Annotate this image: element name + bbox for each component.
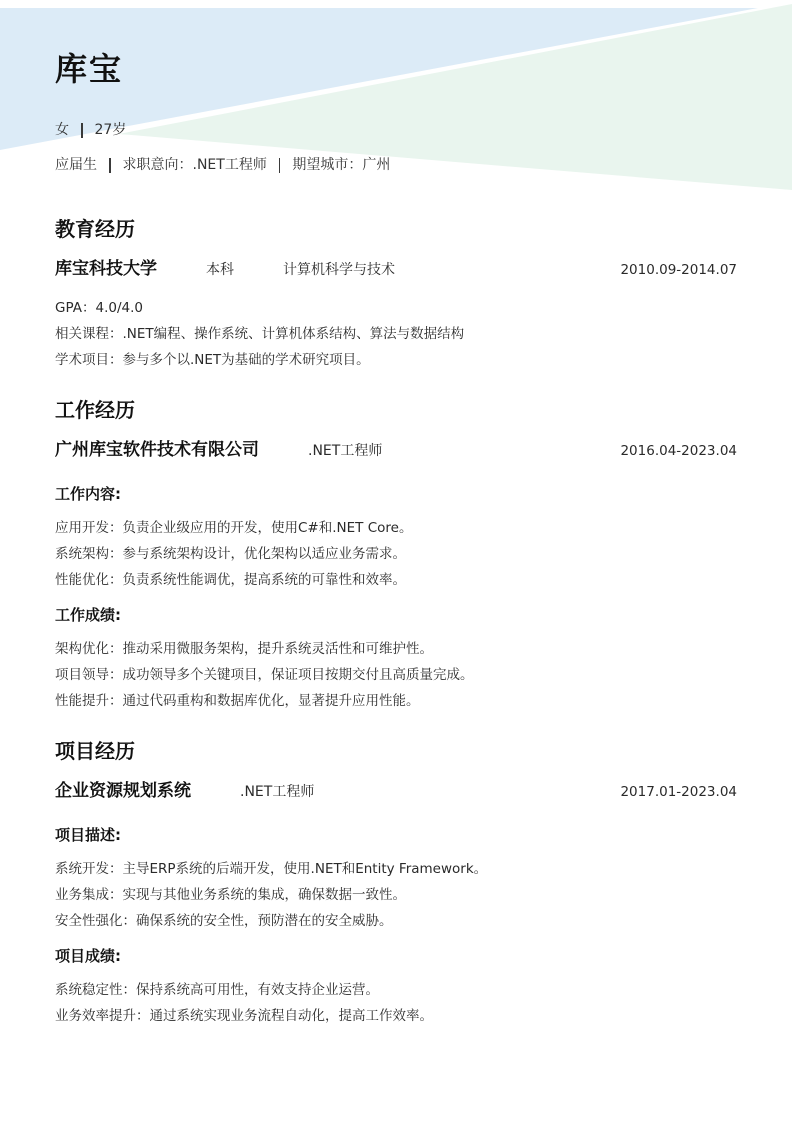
- basic-info-line: 女 27岁: [55, 119, 737, 141]
- project-description-line: 安全性强化：确保系统的安全性，预防潜在的安全威胁。: [55, 908, 737, 934]
- separator-bar: [279, 158, 281, 173]
- applicant-status: 应届生: [55, 154, 97, 176]
- project-date-range: 2017.01-2023.04: [620, 779, 737, 805]
- project-entry-row: 企业资源规划系统 .NET工程师 2017.01-2023.04: [55, 778, 737, 805]
- project-achievements-lines: 系统稳定性：保持系统高可用性，有效支持企业运营。 业务效率提升：通过系统实现业务…: [55, 977, 737, 1029]
- section-title-education: 教育经历: [55, 214, 737, 244]
- work-date-range: 2016.04-2023.04: [620, 438, 737, 464]
- work-achievements-lines: 架构优化：推动采用微服务架构，提升系统灵活性和可维护性。 项目领导：成功领导多个…: [55, 636, 737, 714]
- project-description-label: 项目描述:: [55, 823, 737, 847]
- job-intention: 求职意向：.NET工程师: [123, 154, 267, 176]
- work-content-line: 应用开发：负责企业级应用的开发，使用C#和.NET Core。: [55, 515, 737, 541]
- project-achievement-line: 系统稳定性：保持系统高可用性，有效支持企业运营。: [55, 977, 737, 1003]
- separator-bar: [109, 158, 111, 173]
- project-description-line: 系统开发：主导ERP系统的后端开发，使用.NET和Entity Framewor…: [55, 856, 737, 882]
- company-name: 广州库宝软件技术有限公司: [55, 437, 259, 463]
- section-title-work: 工作经历: [55, 395, 737, 425]
- degree: 本科: [206, 257, 234, 283]
- education-details: GPA：4.0/4.0 相关课程：.NET编程、操作系统、计算机体系结构、算法与…: [55, 295, 737, 373]
- work-content-line: 系统架构：参与系统架构设计，优化架构以适应业务需求。: [55, 541, 737, 567]
- gender: 女: [55, 119, 69, 141]
- job-title: .NET工程师: [308, 438, 382, 464]
- expected-city: 期望城市：广州: [292, 154, 390, 176]
- courses-line: 相关课程：.NET编程、操作系统、计算机体系结构、算法与数据结构: [55, 321, 737, 347]
- gpa-line: GPA：4.0/4.0: [55, 295, 737, 321]
- work-entry-row: 广州库宝软件技术有限公司 .NET工程师 2016.04-2023.04: [55, 437, 737, 464]
- major: 计算机科学与技术: [283, 257, 395, 283]
- project-name: 企业资源规划系统: [55, 778, 191, 804]
- project-description-line: 业务集成：实现与其他业务系统的集成，确保数据一致性。: [55, 882, 737, 908]
- project-description-lines: 系统开发：主导ERP系统的后端开发，使用.NET和Entity Framewor…: [55, 856, 737, 934]
- candidate-name: 库宝: [55, 46, 737, 92]
- work-achievement-line: 性能提升：通过代码重构和数据库优化，显著提升应用性能。: [55, 688, 737, 714]
- work-achievements-label: 工作成绩:: [55, 603, 737, 627]
- work-content-lines: 应用开发：负责企业级应用的开发，使用C#和.NET Core。 系统架构：参与系…: [55, 515, 737, 593]
- education-date-range: 2010.09-2014.07: [620, 257, 737, 283]
- work-achievement-line: 项目领导：成功领导多个关键项目，保证项目按期交付且高质量完成。: [55, 662, 737, 688]
- project-role: .NET工程师: [240, 779, 314, 805]
- work-achievement-line: 架构优化：推动采用微服务架构，提升系统灵活性和可维护性。: [55, 636, 737, 662]
- section-title-projects: 项目经历: [55, 736, 737, 766]
- work-content-label: 工作内容:: [55, 482, 737, 506]
- project-achievement-line: 业务效率提升：通过系统实现业务流程自动化，提高工作效率。: [55, 1003, 737, 1029]
- project-achievements-label: 项目成绩:: [55, 944, 737, 968]
- intent-info-line: 应届生 求职意向：.NET工程师 期望城市：广州: [55, 154, 737, 176]
- separator-bar: [81, 123, 83, 138]
- age: 27岁: [95, 119, 127, 141]
- academic-projects-line: 学术项目：参与多个以.NET为基础的学术研究项目。: [55, 347, 737, 373]
- education-entry-row: 库宝科技大学 本科 计算机科学与技术 2010.09-2014.07: [55, 256, 737, 283]
- work-content-line: 性能优化：负责系统性能调优，提高系统的可靠性和效率。: [55, 567, 737, 593]
- resume-page: 库宝 女 27岁 应届生 求职意向：.NET工程师 期望城市：广州 教育经历 库…: [0, 0, 792, 1029]
- school-name: 库宝科技大学: [55, 256, 157, 282]
